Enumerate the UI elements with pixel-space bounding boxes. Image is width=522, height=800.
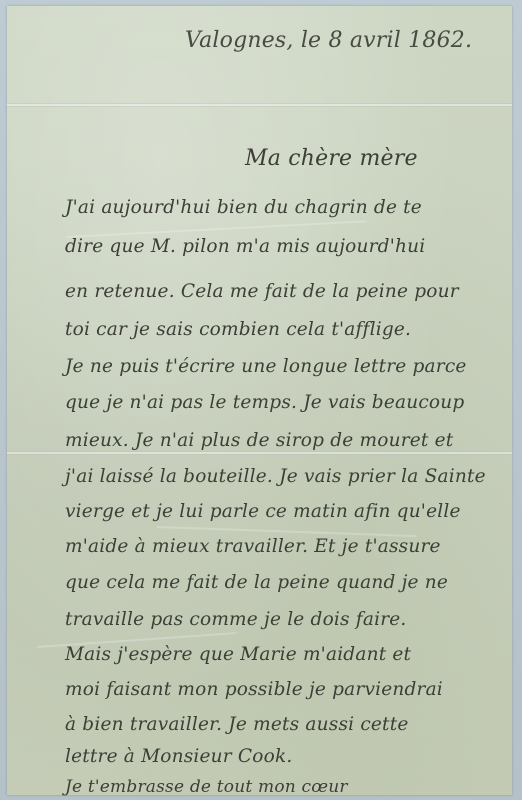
letter-salutation: Ma chère mère	[245, 146, 418, 171]
letter-line: moi faisant mon possible je parviendrai	[65, 679, 443, 700]
letter-line: que je n'ai pas le temps. Je vais beauco…	[65, 392, 464, 413]
letter-line: lettre à Monsieur Cook.	[65, 746, 292, 767]
letter-line: vierge et je lui parle ce matin afin qu'…	[65, 501, 461, 522]
letter-line: dire que M. pilon m'a mis aujourd'hui	[65, 236, 425, 257]
letter-line: mieux. Je n'ai plus de sirop de mouret e…	[65, 430, 453, 451]
letter-line: J'ai aujourd'hui bien du chagrin de te	[65, 197, 422, 218]
fold-line-top	[7, 103, 512, 107]
letter-line: que cela me fait de la peine quand je ne	[65, 572, 448, 593]
letter-line: Je ne puis t'écrire une longue lettre pa…	[65, 356, 467, 377]
letter-line: à bien travailler. Je mets aussi cette	[65, 714, 408, 735]
letter-line: Je t'embrasse de tout mon cœur	[65, 777, 348, 797]
fold-line-middle	[7, 451, 512, 455]
letter-dateline: Valognes, le 8 avril 1862.	[185, 28, 472, 53]
letter-line: j'ai laissé la bouteille. Je vais prier …	[65, 466, 486, 487]
letter-line: travaille pas comme je le dois faire.	[65, 609, 406, 630]
letter-line: toi car je sais combien cela t'afflige.	[65, 319, 411, 340]
letter-line: m'aide à mieux travailler. Et je t'assur…	[65, 536, 441, 557]
letter-line: Mais j'espère que Marie m'aidant et	[65, 644, 411, 665]
letter-line: en retenue. Cela me fait de la peine pou…	[65, 281, 459, 302]
